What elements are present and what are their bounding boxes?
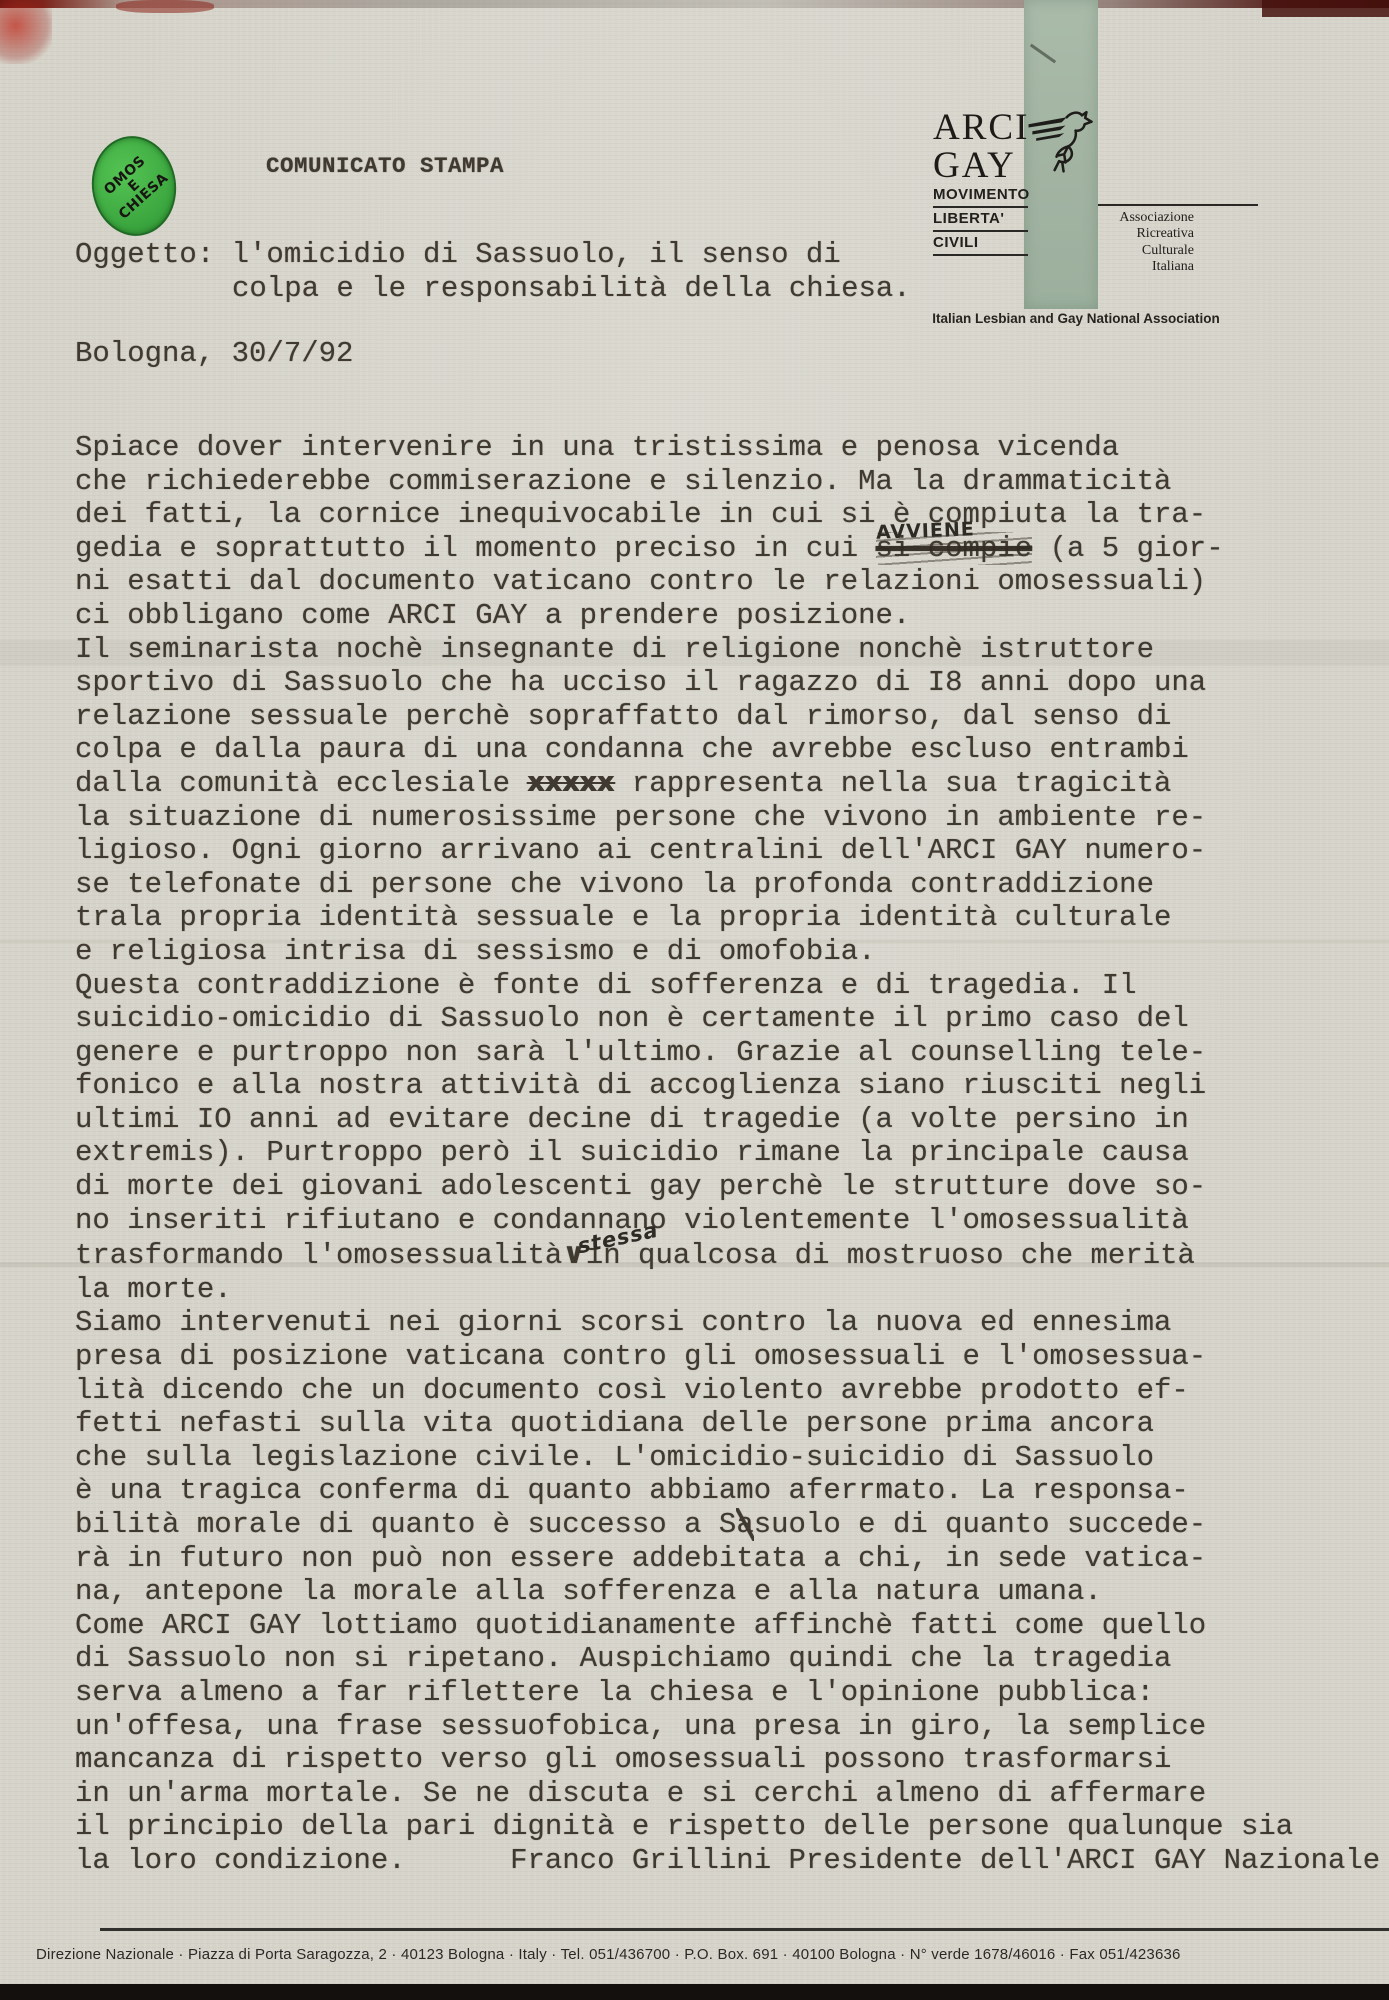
typewritten-line: presa di posizione vaticana contro gli o… bbox=[75, 1340, 1380, 1374]
logo-motto-word: LIBERTA' bbox=[933, 210, 1028, 232]
typewritten-line: colpa e dalla paura di una condanna che … bbox=[75, 733, 1380, 767]
sticker-handwritten-text: OMOSECHIESA bbox=[97, 150, 170, 222]
typewritten-line: che sulla legislazione civile. L'omicidi… bbox=[75, 1441, 1380, 1475]
logo-motto: MOVIMENTOLIBERTA'CIVILI bbox=[933, 186, 1028, 258]
typewritten-line: la loro condizione. Franco Grillini Pres… bbox=[75, 1844, 1380, 1878]
footer-rule bbox=[100, 1928, 1389, 1931]
typewritten-line: ni esatti dal documento vaticano contro … bbox=[75, 565, 1380, 599]
handwritten-correction-avviene: AVVIENE bbox=[876, 518, 975, 543]
typewritten-line: extremis). Purtroppo però il suicidio ri… bbox=[75, 1136, 1380, 1170]
typewritten-line: di morte dei giovani adolescenti gay per… bbox=[75, 1170, 1380, 1204]
typewritten-line: la situazione di numerosissime persone c… bbox=[75, 801, 1380, 835]
slashed-text: a bbox=[736, 1508, 753, 1541]
typewritten-line: mancanza di rispetto verso gli omosessua… bbox=[75, 1743, 1380, 1777]
typewritten-line: il principio della pari dignità e rispet… bbox=[75, 1810, 1380, 1844]
typewritten-line: bilità morale di quanto è successo a Sas… bbox=[75, 1508, 1380, 1542]
typewritten-line: Spiace dover intervenire in una tristiss… bbox=[75, 431, 1380, 465]
letterhead-rule bbox=[1098, 204, 1258, 206]
association-name-line: Italiana bbox=[1098, 259, 1194, 275]
typewritten-line: sportivo di Sassuolo che ha ucciso il ra… bbox=[75, 666, 1380, 700]
document-page: ARCI GAY MOVIMENTOLIBERTA'CIVILI Associa… bbox=[0, 0, 1389, 2000]
typewritten-line: è una tragica conferma di quanto abbiamo… bbox=[75, 1474, 1380, 1508]
scan-artifact-dark-corner-right bbox=[1262, 0, 1389, 17]
typewritten-line: gedia e soprattutto il momento preciso i… bbox=[75, 532, 1380, 566]
typewritten-line: Il seminarista nochè insegnante di relig… bbox=[75, 633, 1380, 667]
typewritten-line: fetti nefasti sulla vita quotidiana dell… bbox=[75, 1407, 1380, 1441]
scan-artifact-bottom-edge bbox=[0, 1984, 1389, 2000]
english-caption: Italian Lesbian and Gay National Associa… bbox=[928, 311, 1224, 326]
typewritten-line: lità dicendo che un documento così viole… bbox=[75, 1374, 1380, 1408]
typewritten-line: se telefonate di persone che vivono la p… bbox=[75, 868, 1380, 902]
typewritten-line: dalla comunità ecclesiale xxxxx rapprese… bbox=[75, 767, 1380, 801]
typewritten-line: di Sassuolo non si ripetano. Auspichiamo… bbox=[75, 1642, 1380, 1676]
typewritten-line: Siamo intervenuti nei giorni scorsi cont… bbox=[75, 1306, 1380, 1340]
typewritten-line: e religiosa intrisa di sessismo e di omo… bbox=[75, 935, 1380, 969]
logo-text-gay: GAY bbox=[933, 148, 1016, 184]
typewritten-line: Questa contraddizione è fonte di soffere… bbox=[75, 969, 1380, 1003]
logo-motto-word: MOVIMENTO bbox=[933, 186, 1028, 208]
overtyped-text: xxxxx bbox=[527, 767, 614, 800]
typewritten-line: dei fatti, la cornice inequivocabile in … bbox=[75, 498, 1380, 532]
typewritten-line: serva almeno a far riflettere la chiesa … bbox=[75, 1676, 1380, 1710]
typewritten-line: relazione sessuale perchè sopraffatto da… bbox=[75, 700, 1380, 734]
scan-artifact-red-smudge-left bbox=[0, 0, 52, 64]
association-name: AssociazioneRicreativaCulturaleItaliana bbox=[1098, 210, 1194, 275]
typewritten-line: che richiederebbe commiserazione e silen… bbox=[75, 465, 1380, 499]
typewritten-line: ci obbligano come ARCI GAY a prendere po… bbox=[75, 599, 1380, 633]
subject-line-2: colpa e le responsabilità della chiesa. bbox=[232, 272, 911, 306]
dateline: Bologna, 30/7/92 bbox=[75, 337, 353, 371]
typewritten-line: rà in futuro non può non essere addebita… bbox=[75, 1542, 1380, 1576]
typewritten-line: na, antepone la morale alla sofferenza e… bbox=[75, 1575, 1380, 1609]
typewritten-line: genere e purtroppo non sarà l'ultimo. Gr… bbox=[75, 1036, 1380, 1070]
association-name-line: Ricreativa bbox=[1098, 226, 1194, 242]
sticker-omos-e-chiesa: OMOSECHIESA bbox=[85, 131, 182, 242]
typewritten-line: in un'arma mortale. Se ne discuta e si c… bbox=[75, 1777, 1380, 1811]
typewritten-line: suicidio-omicidio di Sassuolo non è cert… bbox=[75, 1002, 1380, 1036]
typewritten-line: ligioso. Ogni giorno arrivano ai central… bbox=[75, 834, 1380, 868]
typewritten-line: fonico e alla nostra attività di accogli… bbox=[75, 1069, 1380, 1103]
typewritten-line: no inseriti rifiutano e condannano viole… bbox=[75, 1204, 1380, 1238]
typewritten-line: Come ARCI GAY lottiamo quotidianamente a… bbox=[75, 1609, 1380, 1643]
logo-motto-word: CIVILI bbox=[933, 234, 1028, 256]
typewritten-line: trala propria identità sessuale e la pro… bbox=[75, 901, 1380, 935]
logo-text-arci: ARCI bbox=[933, 110, 1029, 146]
association-name-line: Culturale bbox=[1098, 243, 1194, 259]
subject-line-1: Oggetto: l'omicidio di Sassuolo, il sens… bbox=[75, 238, 841, 272]
typewritten-line: un'offesa, una frase sessuofobica, una p… bbox=[75, 1710, 1380, 1744]
footer-contact-line: Direzione Nazionale · Piazza di Porta Sa… bbox=[36, 1946, 1181, 1963]
scan-artifact-red-streak bbox=[116, 0, 214, 13]
letter-body: Spiace dover intervenire in una tristiss… bbox=[75, 431, 1380, 1878]
typewritten-line: trasformando l'omosessualità∨in qualcosa… bbox=[75, 1237, 1380, 1273]
pegasus-icon bbox=[1026, 106, 1096, 182]
association-name-line: Associazione bbox=[1098, 210, 1194, 226]
typewritten-line: la morte. bbox=[75, 1273, 1380, 1307]
press-release-heading: COMUNICATO STAMPA bbox=[266, 150, 504, 184]
typewritten-line: ultimi IO anni ad evitare decine di trag… bbox=[75, 1103, 1380, 1137]
